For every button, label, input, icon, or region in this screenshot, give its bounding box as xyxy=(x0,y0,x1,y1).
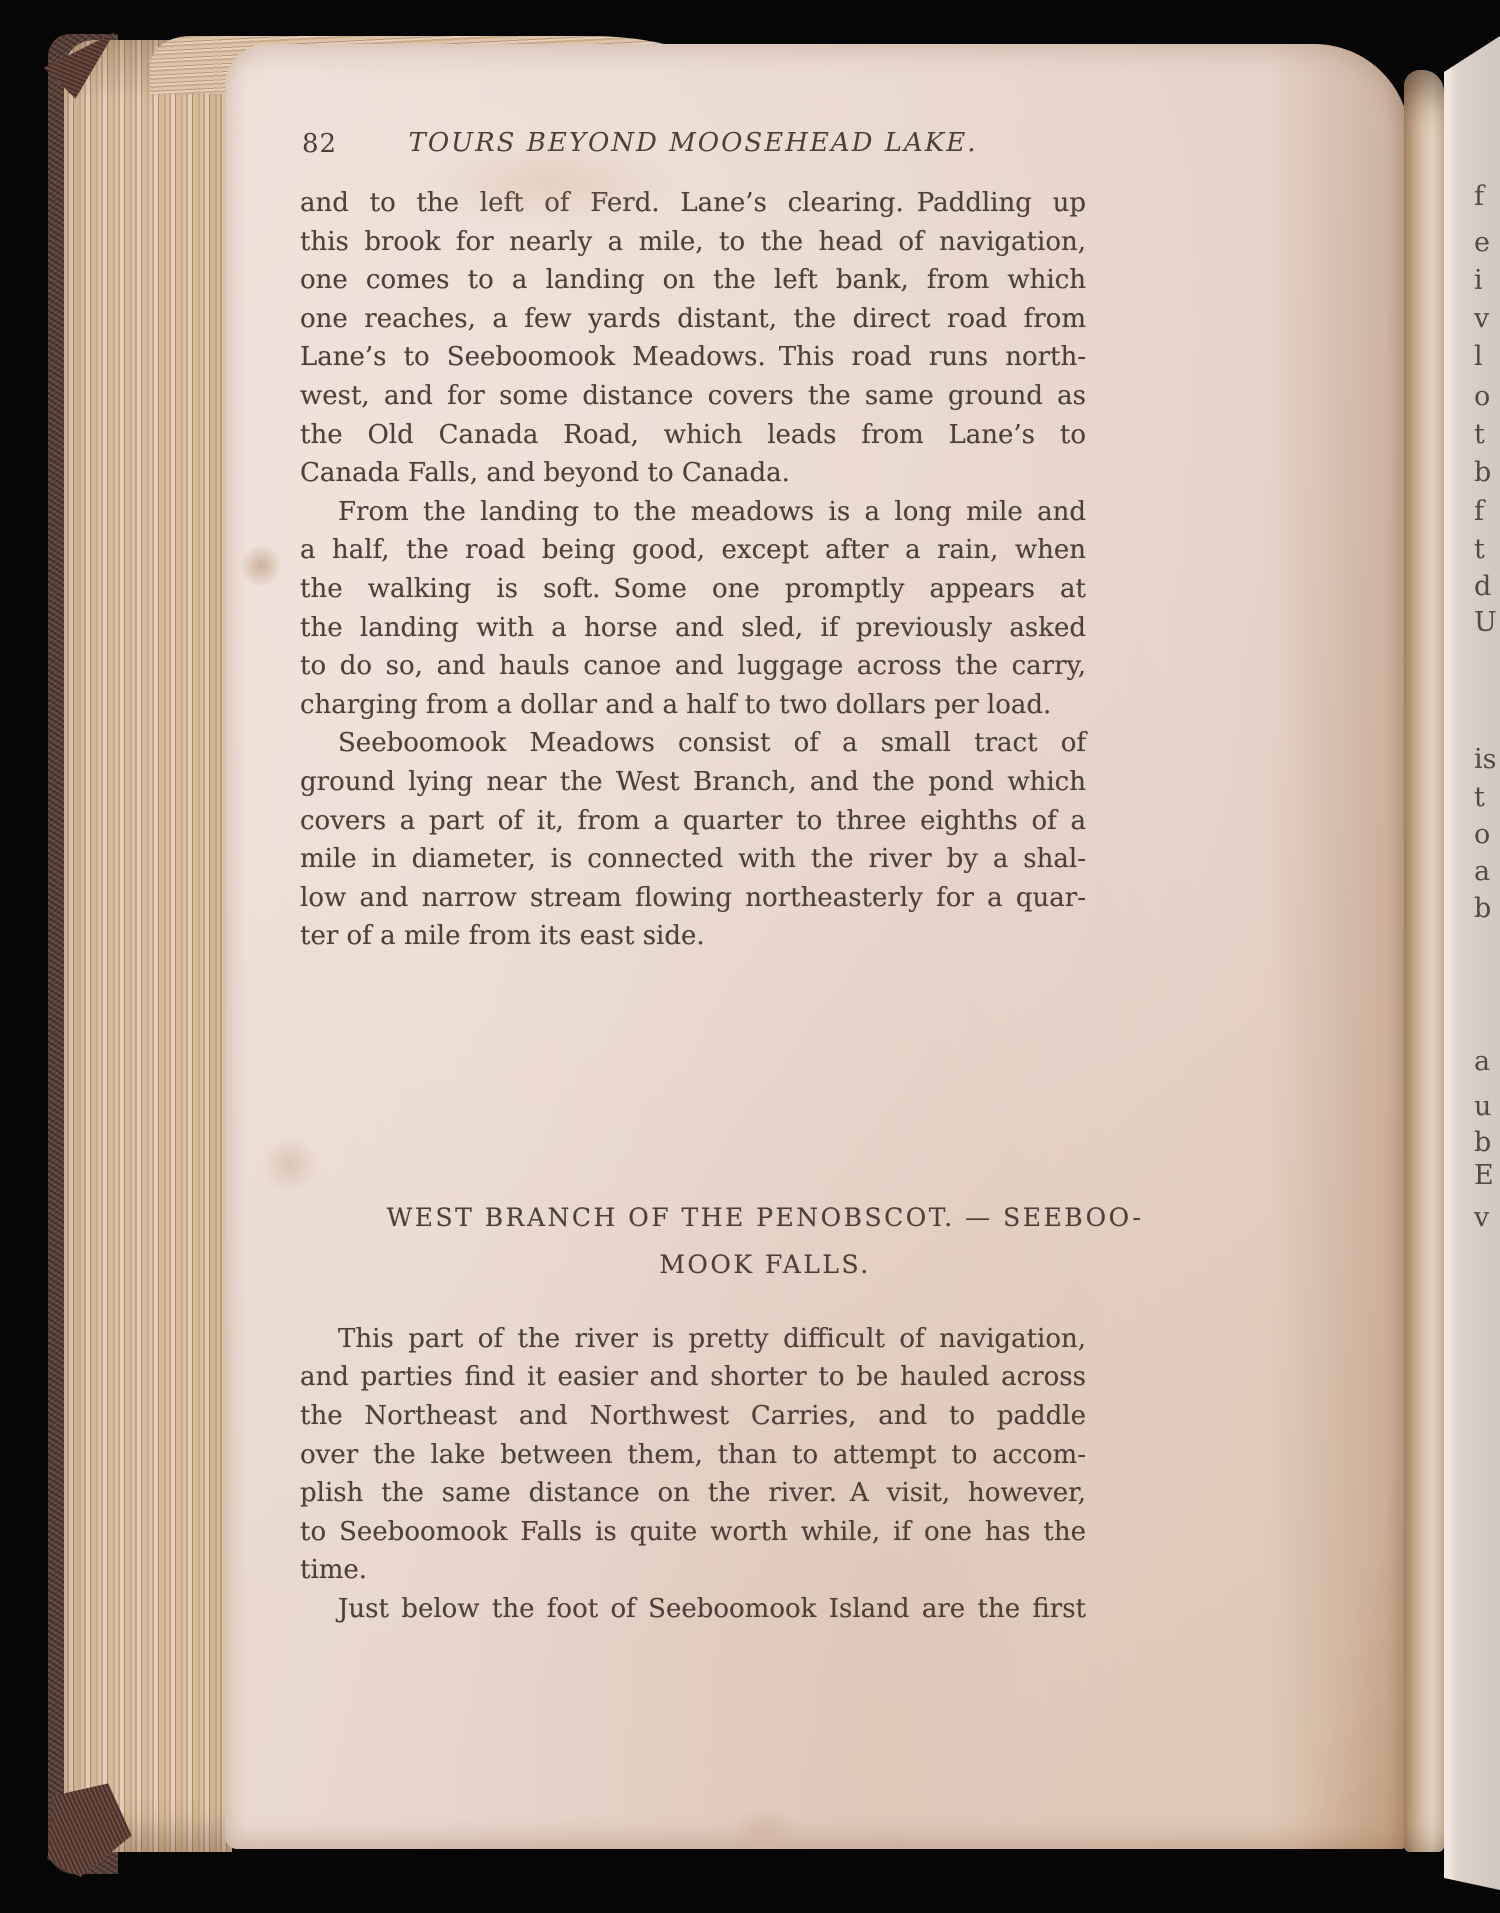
page-number: 82 xyxy=(302,129,337,159)
text-line: time. xyxy=(300,1551,1086,1590)
text-line: west, and for some distance covers the s… xyxy=(300,377,1086,416)
text-line: the Northeast and Northwest Carries, and… xyxy=(300,1397,1086,1436)
running-title: TOURS BEYOND MOOSEHEAD LAKE. xyxy=(300,128,1086,158)
fragment-letter: b xyxy=(1474,458,1491,488)
fragment-letter: f xyxy=(1474,497,1484,527)
fragment-letter: d xyxy=(1474,572,1491,602)
page-body-text: This part of the river is pretty difficu… xyxy=(300,1320,1086,1629)
fragment-letter: f xyxy=(1474,182,1484,212)
text-line: charging from a dollar and a half to two… xyxy=(300,686,1086,725)
fragment-letter: t xyxy=(1474,535,1485,565)
text-line: to do so, and hauls canoe and luggage ac… xyxy=(300,647,1086,686)
book-photo: 82 TOURS BEYOND MOOSEHEAD LAKE. and to t… xyxy=(0,0,1500,1913)
fragment-letter: a xyxy=(1474,857,1490,887)
fragment-letter: i xyxy=(1474,266,1483,296)
fragment-letter: b xyxy=(1474,1128,1491,1158)
text-line: the Old Canada Road, which leads from La… xyxy=(300,416,1086,455)
text-line: and parties find it easier and shorter t… xyxy=(300,1358,1086,1397)
text-column: 82 TOURS BEYOND MOOSEHEAD LAKE. and to t… xyxy=(300,128,1086,1629)
page-stack-edges xyxy=(64,40,232,1852)
text-line: to Seeboomook Falls is quite worth while… xyxy=(300,1513,1086,1552)
page-stain xyxy=(730,1808,800,1848)
fragment-letter: t xyxy=(1474,783,1485,813)
fragment-letter: is xyxy=(1474,745,1497,775)
fragment-letter: a xyxy=(1474,1047,1490,1077)
section-heading-line: MOOK FALLS. xyxy=(372,1241,1158,1288)
page-gutter-fold xyxy=(1404,70,1444,1852)
text-line: and to the left of Ferd. Lane’s clearing… xyxy=(300,184,1086,223)
text-line: the landing with a horse and sled, if pr… xyxy=(300,609,1086,648)
text-line: Just below the foot of Seeboomook Island… xyxy=(300,1590,1086,1629)
fragment-letter: o xyxy=(1474,820,1490,850)
text-line: this brook for nearly a mile, to the hea… xyxy=(300,223,1086,262)
fragment-letter: e xyxy=(1474,228,1490,258)
fragment-letter: U xyxy=(1474,608,1497,638)
text-line: the walking is soft. Some one promptly a… xyxy=(300,570,1086,609)
text-line: low and narrow stream flowing northeaste… xyxy=(300,879,1086,918)
page-header: 82 TOURS BEYOND MOOSEHEAD LAKE. xyxy=(300,128,1086,164)
page-stain xyxy=(238,546,284,586)
book-page: 82 TOURS BEYOND MOOSEHEAD LAKE. and to t… xyxy=(225,44,1410,1849)
fragment-letter: t xyxy=(1474,420,1485,450)
text-line: mile in diameter, is connected with the … xyxy=(300,840,1086,879)
text-line: one comes to a landing on the left bank,… xyxy=(300,261,1086,300)
text-line: From the landing to the meadows is a lon… xyxy=(300,493,1086,532)
fragment-letter: o xyxy=(1474,382,1490,412)
fragment-letter: E xyxy=(1474,1161,1494,1191)
section-heading: WEST BRANCH OF THE PENOBSCOT. — SEEBOO- … xyxy=(372,1194,1158,1288)
text-line: plish the same distance on the river. A … xyxy=(300,1474,1086,1513)
fragment-letter: b xyxy=(1474,894,1491,924)
text-line: ter of a mile from its east side. xyxy=(300,917,1086,956)
text-line: covers a part of it, from a quarter to t… xyxy=(300,802,1086,841)
text-line: Seeboomook Meadows consist of a small tr… xyxy=(300,724,1086,763)
fragment-letter: u xyxy=(1474,1092,1491,1122)
fragment-letter: v xyxy=(1474,304,1489,334)
text-line: one reaches, a few yards distant, the di… xyxy=(300,300,1086,339)
text-line: Canada Falls, and beyond to Canada. xyxy=(300,454,1086,493)
text-line: This part of the river is pretty difficu… xyxy=(300,1320,1086,1359)
text-line: a half, the road being good, except afte… xyxy=(300,531,1086,570)
page-body-text: and to the left of Ferd. Lane’s clearing… xyxy=(300,184,1086,956)
text-line: Lane’s to Seeboomook Meadows. This road … xyxy=(300,338,1086,377)
facing-page-text-fragments: feivlotbftdUistoabaubEv xyxy=(1444,0,1500,1913)
text-line: ground lying near the West Branch, and t… xyxy=(300,763,1086,802)
fragment-letter: l xyxy=(1474,342,1483,372)
section-heading-line: WEST BRANCH OF THE PENOBSCOT. — SEEBOO- xyxy=(372,1194,1158,1241)
text-line: over the lake between them, than to atte… xyxy=(300,1436,1086,1475)
fragment-letter: v xyxy=(1474,1203,1489,1233)
